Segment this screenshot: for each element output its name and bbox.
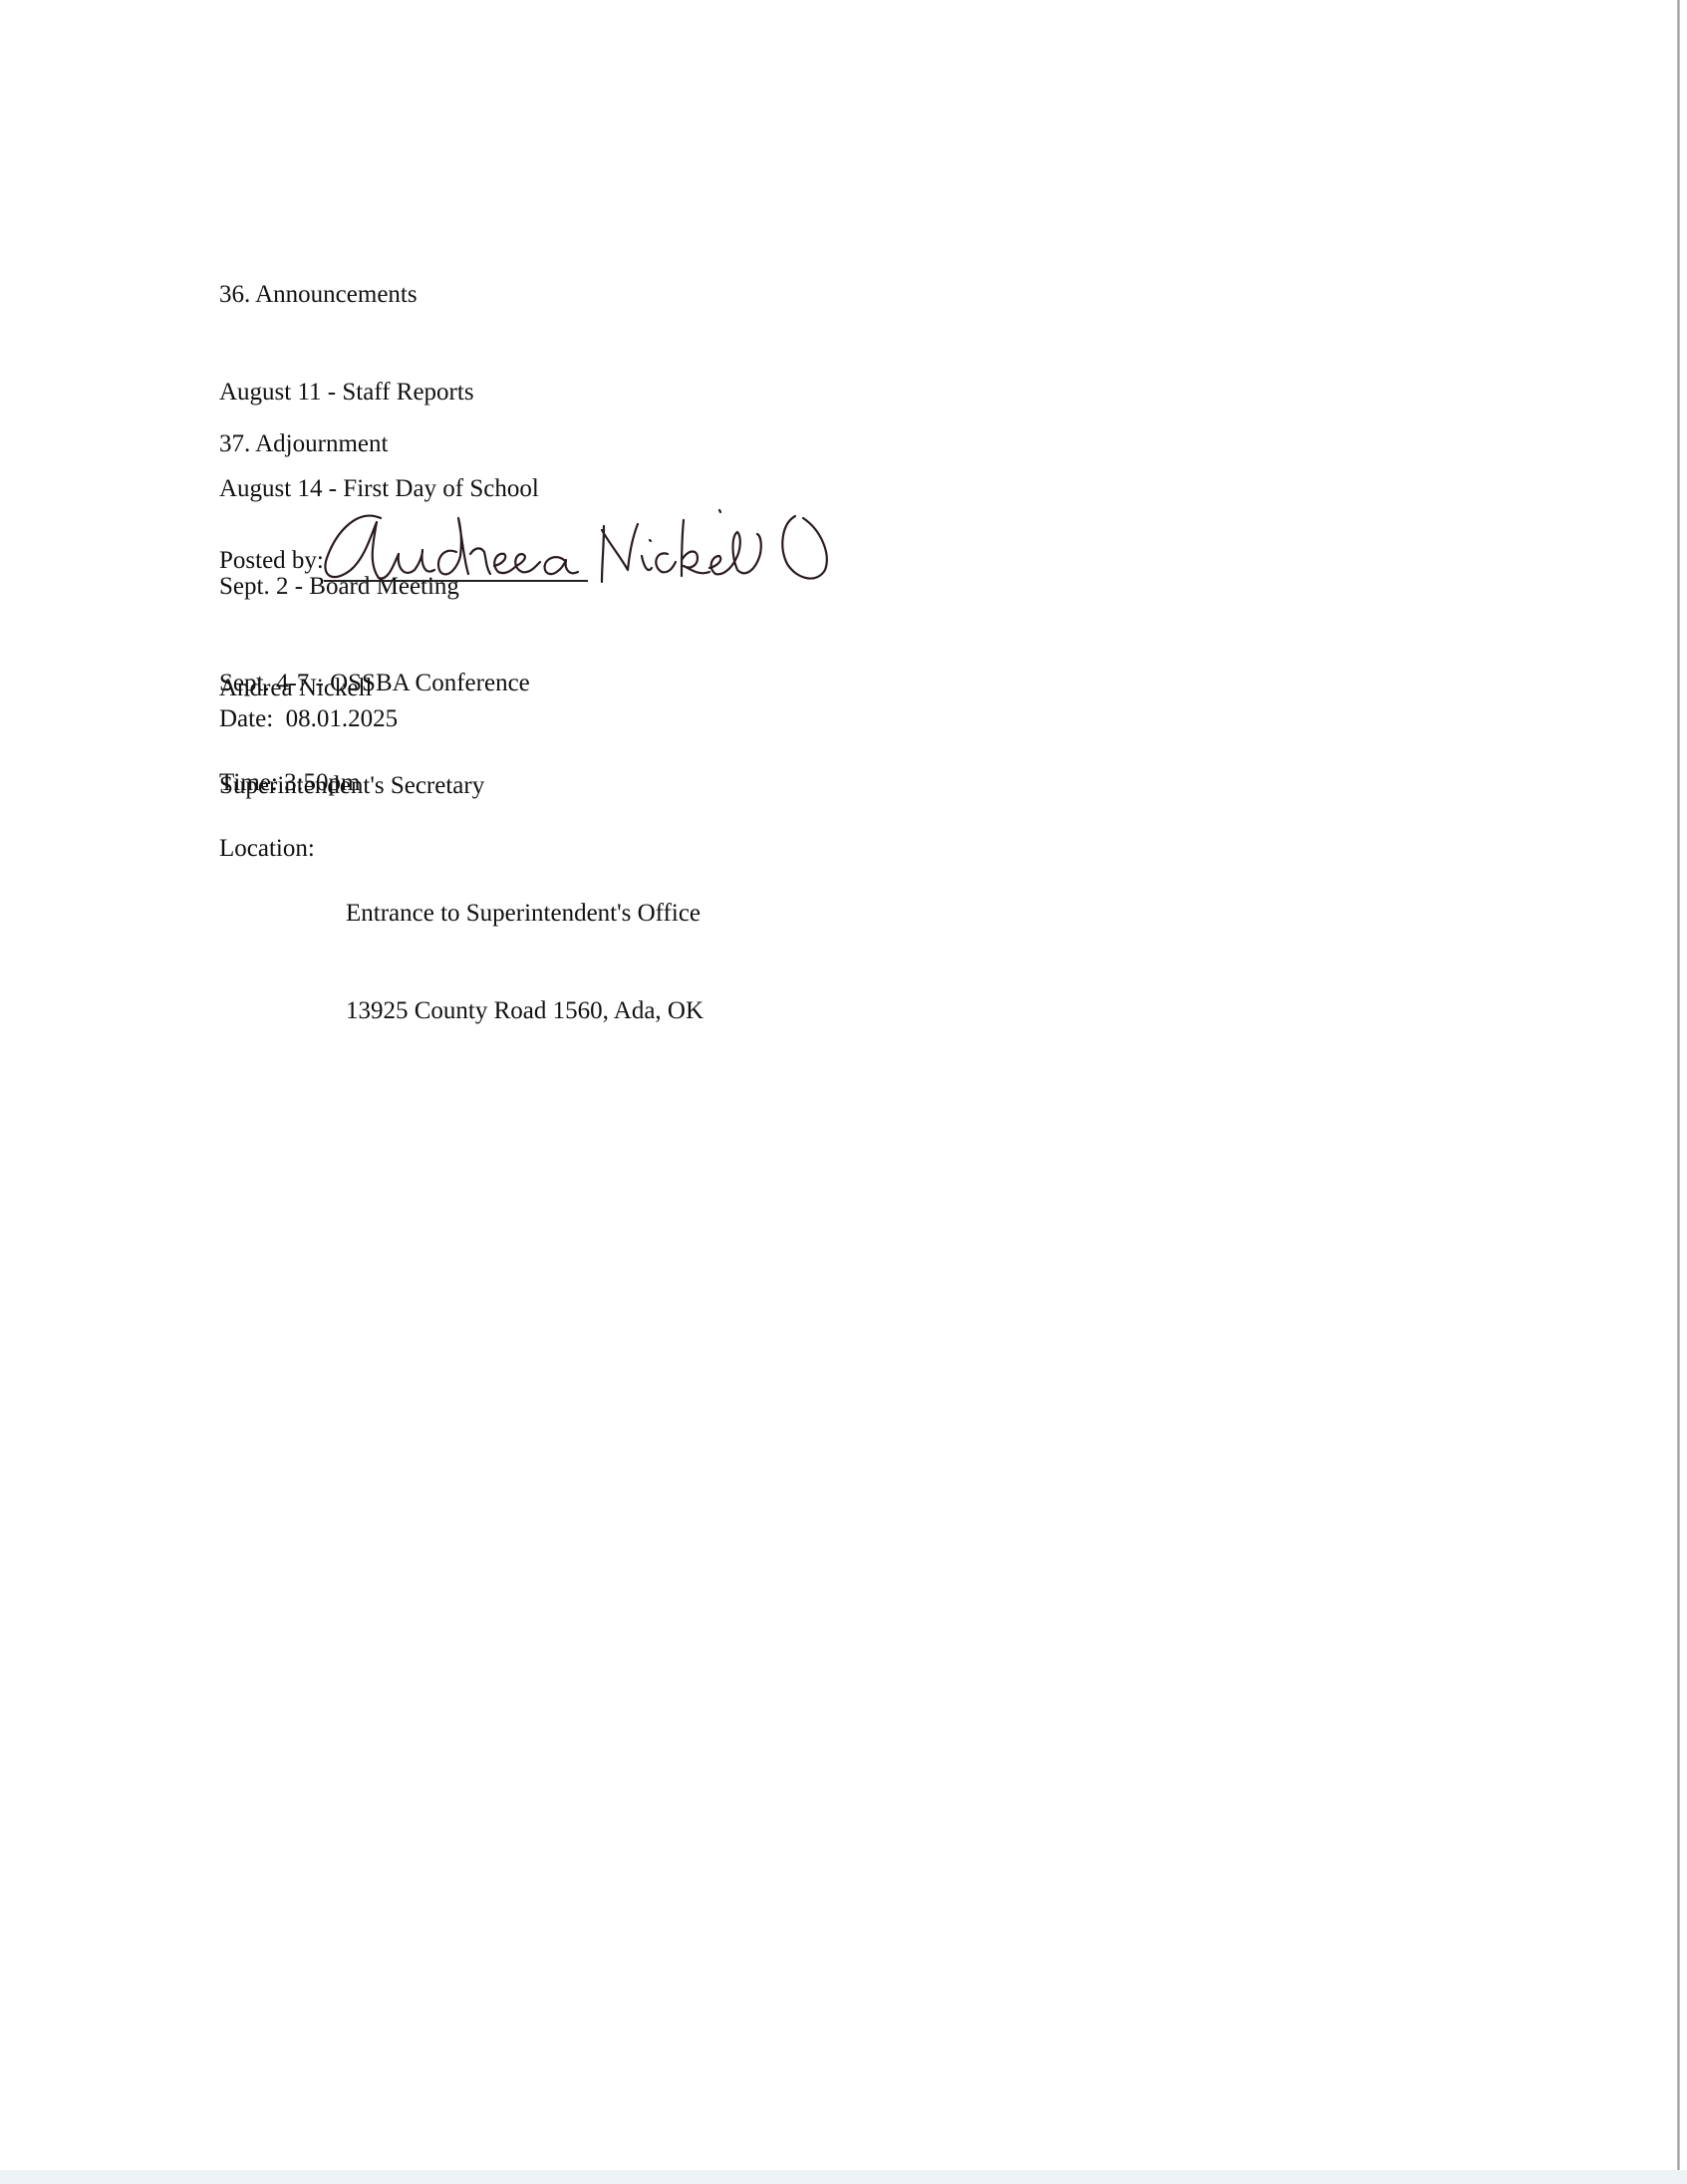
scan-edge-bottom: [0, 2170, 1687, 2184]
time-label: Time:: [219, 769, 278, 796]
location-value: Entrance to Superintendent's Office 1392…: [346, 833, 703, 1060]
announcement-item: August 11 - Staff Reports: [219, 377, 539, 409]
date-label: Date:: [219, 705, 273, 732]
signature-image: [319, 500, 877, 590]
time-value: 3:50pm: [284, 769, 360, 796]
poster-name: Andrea Nickell: [219, 673, 484, 705]
location-line: Entrance to Superintendent's Office: [346, 898, 703, 931]
date-line: Date: 08.01.2025: [219, 703, 398, 736]
location-label: Location:: [219, 833, 315, 866]
adjournment-heading: 37. Adjournment: [219, 428, 388, 461]
time-line: Time: 3:50pm: [219, 767, 360, 800]
scan-edge-right: [1677, 0, 1680, 2172]
posted-by-row: Posted by:: [219, 500, 917, 590]
posted-by-label: Posted by:: [219, 545, 324, 577]
location-line: 13925 County Road 1560, Ada, OK: [346, 995, 703, 1028]
announcements-heading: 36. Announcements: [219, 279, 539, 312]
date-value: 08.01.2025: [286, 705, 399, 732]
